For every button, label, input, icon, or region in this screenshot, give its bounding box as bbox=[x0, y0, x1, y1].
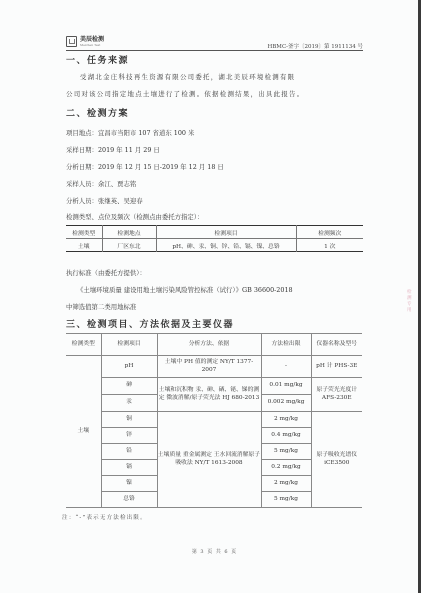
item-cell: 汞 bbox=[101, 395, 157, 412]
header-cell: 检测地点 bbox=[102, 226, 156, 239]
table-row: 铜 土壤质量 重金属测定 王水回流消解原子吸收法 NY/T 1613-2008 … bbox=[66, 412, 362, 428]
method-cell: 土壤中 PH 值的测定 NY/T 1377-2007 bbox=[157, 356, 261, 378]
table-cell: 厂区东北 bbox=[102, 239, 156, 252]
header-cell: 检测类型 bbox=[66, 226, 102, 239]
limit-cell: 5 mg/kg bbox=[261, 492, 311, 508]
limit-cell: 5 mg/kg bbox=[261, 444, 311, 460]
logo-text: 美辰检测 bbox=[80, 37, 104, 43]
instrument-cell: pH 计 PHS-3E bbox=[311, 356, 362, 378]
item-cell: 铅 bbox=[101, 444, 157, 460]
seam-stamp: 检测专用 bbox=[407, 290, 413, 314]
table-caption: 检测类型、点位及频次（检测点由委托方指定）： bbox=[66, 212, 203, 221]
table-cell: 1 次 bbox=[296, 239, 363, 252]
item-cell: 总铬 bbox=[101, 492, 157, 508]
limit-cell: 0.4 mg/kg bbox=[261, 428, 311, 444]
logo-icon bbox=[66, 36, 77, 47]
item-cell: 镉 bbox=[101, 460, 157, 476]
analysis-date: 分析日期：2019 年 12 月 15 日-2019 年 12 月 18 日 bbox=[66, 162, 224, 171]
table-note: 注：“-”表示无方法检出限。 bbox=[62, 513, 147, 521]
logo-subtitle: Meichen Test bbox=[80, 43, 104, 47]
table-cell: 土壤 bbox=[66, 239, 102, 252]
limit-cell: 0.002 mg/kg bbox=[261, 395, 311, 412]
report-number: HBMC-釜字〔2019〕第 1911134 号 bbox=[267, 42, 363, 50]
samplers: 采样人员：余江、贾志铭 bbox=[66, 179, 136, 188]
task-source-text-2: 公司对该公司指定地点土壤进行了检测。依据检测结果，出具此报告。 bbox=[66, 89, 304, 98]
standard-label: 执行标准（由委托方提供）： bbox=[66, 268, 146, 277]
limit-cell: 0.2 mg/kg bbox=[261, 460, 311, 476]
analysts: 分析人员：张继英、吴迎春 bbox=[66, 196, 143, 205]
sampling-plan-table: 检测类型 检测地点 检测项目 检测频次 土壤 厂区东北 pH、砷、汞、铜、锌、铅… bbox=[66, 225, 363, 252]
limit-cell: 2 mg/kg bbox=[261, 412, 311, 428]
section-title-plan: 二、检测方案 bbox=[66, 106, 129, 119]
method-cell: 土壤和沉积物 汞、砷、硒、铋、锑的测定 微波消解/原子荧光法 HJ 680-20… bbox=[157, 378, 261, 412]
limit-cell: - bbox=[261, 356, 311, 378]
standard-text-2: 中筛选值第二类用地标准 bbox=[66, 302, 136, 311]
method-cell: 土壤质量 重金属测定 王水回流消解原子吸收法 NY/T 1613-2008 bbox=[157, 412, 261, 508]
page-header: 美辰检测 Meichen Test HBMC-釜字〔2019〕第 1911134… bbox=[66, 36, 363, 51]
task-source-text-1: 受湖北金庄科技再生资源有限公司委托，湖北美辰环境检测有限 bbox=[80, 72, 295, 81]
table-header-row: 检测类型 检测项目 分析方法、依据 方法检出限 仪器名称及型号 bbox=[66, 334, 362, 356]
category-cell: 土壤 bbox=[66, 356, 101, 508]
item-cell: 砷 bbox=[101, 378, 157, 395]
limit-cell: 2 mg/kg bbox=[261, 476, 311, 492]
page-number: 第 3 页 共 6 页 bbox=[66, 548, 363, 555]
methods-table: 检测类型 检测项目 分析方法、依据 方法检出限 仪器名称及型号 土壤 pH 土壤… bbox=[66, 333, 362, 508]
section-title-task-source: 一、任务来源 bbox=[66, 53, 129, 66]
sampling-date: 采样日期：2019 年 11 月 29 日 bbox=[66, 145, 160, 154]
header-cell: 检测项目 bbox=[156, 226, 296, 239]
project-site: 项目地点：宜昌市当阳市 107 省道东 100 米 bbox=[66, 128, 194, 137]
section-title-methods: 三、检测项目、方法依据及主要仪器 bbox=[66, 317, 234, 330]
item-cell: 锌 bbox=[101, 428, 157, 444]
table-row: 土壤 厂区东北 pH、砷、汞、铜、锌、铅、镉、镍、总铬 1 次 bbox=[66, 239, 363, 252]
header-cell: 检测项目 bbox=[101, 334, 157, 356]
standard-text-1: 《土壤环境质量 建设用地土壤污染风险管控标准（试行）》GB 36600-2018 bbox=[77, 285, 293, 294]
instrument-cell: 原子吸收光谱仪 iCE3500 bbox=[311, 412, 362, 508]
header-cell: 分析方法、依据 bbox=[157, 334, 261, 356]
header-cell: 方法检出限 bbox=[261, 334, 311, 356]
table-row: 砷 土壤和沉积物 汞、砷、硒、铋、锑的测定 微波消解/原子荧光法 HJ 680-… bbox=[66, 378, 362, 395]
item-cell: 铜 bbox=[101, 412, 157, 428]
header-cell: 仪器名称及型号 bbox=[311, 334, 362, 356]
limit-cell: 0.01 mg/kg bbox=[261, 378, 311, 395]
item-cell: pH bbox=[101, 356, 157, 378]
item-cell: 镍 bbox=[101, 476, 157, 492]
table-cell: pH、砷、汞、铜、锌、铅、镉、镍、总铬 bbox=[156, 239, 296, 252]
header-cell: 检测类型 bbox=[66, 334, 101, 356]
company-logo: 美辰检测 Meichen Test bbox=[66, 36, 104, 47]
instrument-cell: 原子荧光光度计 AFS-230E bbox=[311, 378, 362, 412]
table-header-row: 检测类型 检测地点 检测项目 检测频次 bbox=[66, 226, 363, 239]
table-row: 土壤 pH 土壤中 PH 值的测定 NY/T 1377-2007 - pH 计 … bbox=[66, 356, 362, 378]
header-cell: 检测频次 bbox=[296, 226, 363, 239]
